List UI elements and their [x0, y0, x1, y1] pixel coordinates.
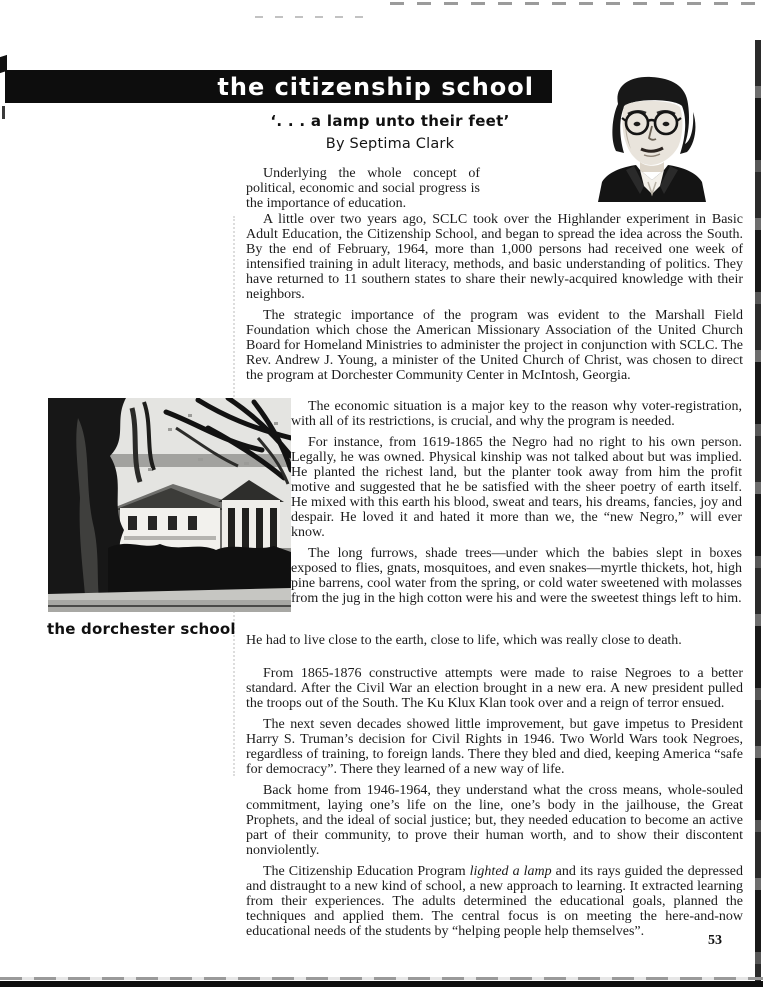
scan-bottom-bar — [0, 981, 763, 987]
article-paragraph: The strategic importance of the program … — [246, 308, 743, 383]
article-paragraph: A little over two years ago, SCLC took o… — [246, 212, 743, 302]
dorchester-school-photo — [48, 398, 291, 612]
scan-noise-top — [390, 2, 760, 5]
photo-caption: the dorchester school — [47, 620, 236, 638]
lower-column: From 1865-1876 constructive attempts wer… — [246, 666, 743, 945]
italic-phrase: lighted a lamp — [470, 864, 552, 879]
school-image — [48, 398, 291, 612]
magazine-page: the citizenship school ‘. . . a lamp unt… — [0, 0, 763, 990]
article-paragraph: The Citizenship Education Program lighte… — [246, 864, 743, 939]
scan-mark-left-2 — [2, 106, 5, 119]
page-title: the citizenship school — [217, 75, 534, 99]
page-number: 53 — [708, 933, 722, 949]
paragraph-text: The Citizenship Education Program — [263, 864, 470, 879]
upper-column: A little over two years ago, SCLC took o… — [246, 212, 743, 389]
article-paragraph: He had to live close to the earth, close… — [246, 633, 743, 648]
title-banner: the citizenship school — [5, 70, 552, 103]
article-paragraph: From 1865-1876 constructive attempts wer… — [246, 666, 743, 711]
article-subtitle: ‘. . . a lamp unto their feet’ — [240, 112, 540, 130]
portrait-image — [556, 74, 736, 202]
byline: By Septima Clark — [240, 136, 540, 152]
septima-clark-photo — [556, 74, 736, 202]
intro-column: Underlying the whole concept of politica… — [246, 166, 480, 217]
article-paragraph: Back home from 1946-1964, they understan… — [246, 783, 743, 858]
article-paragraph: Underlying the whole concept of politica… — [246, 166, 480, 211]
continuation-column: He had to live close to the earth, close… — [246, 633, 743, 654]
wrap-column: The economic situation is a major key to… — [291, 399, 742, 612]
scan-noise-top-2 — [255, 16, 365, 18]
article-paragraph: The next seven decades showed little imp… — [246, 717, 743, 777]
scan-bottom-shadow — [0, 977, 763, 980]
scan-edge-strip — [755, 40, 761, 984]
article-paragraph: The long furrows, shade trees—under whic… — [291, 546, 742, 606]
article-paragraph: The economic situation is a major key to… — [291, 399, 742, 429]
subhead-block: ‘. . . a lamp unto their feet’ By Septim… — [240, 112, 540, 152]
article-paragraph: For instance, from 1619-1865 the Negro h… — [291, 435, 742, 540]
